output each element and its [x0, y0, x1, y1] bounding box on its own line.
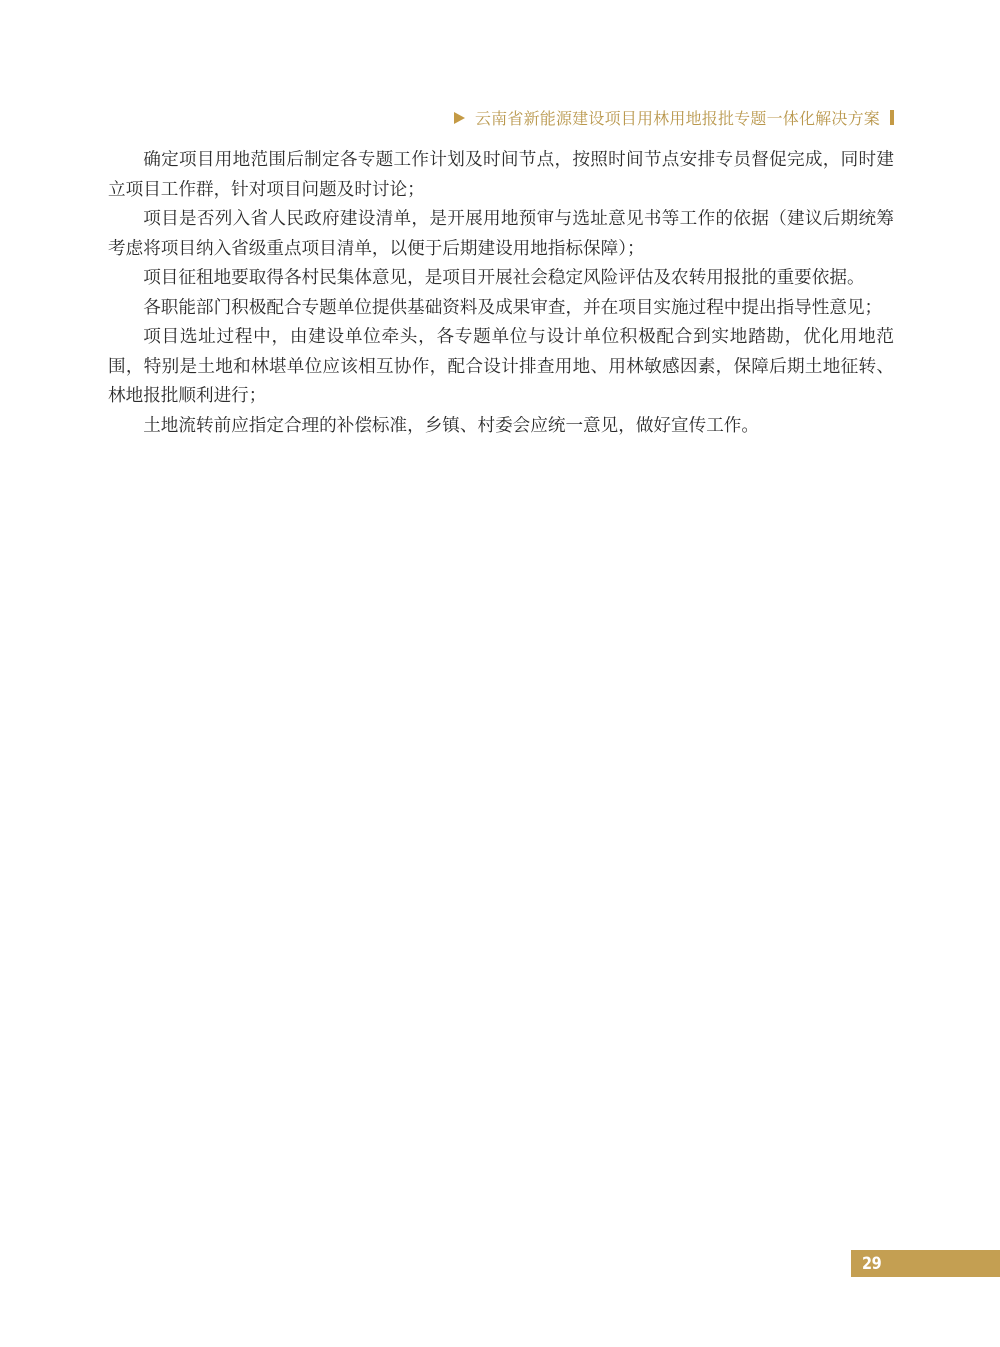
- paragraph: 各职能部门积极配合专题单位提供基础资料及成果审查，并在项目实施过程中提出指导性意…: [108, 294, 894, 324]
- body-text: 确定项目用地范围后制定各专题工作计划及时间节点，按照时间节点安排专员督促完成，同…: [108, 146, 894, 441]
- paragraph: 土地流转前应指定合理的补偿标准，乡镇、村委会应统一意见，做好宣传工作。: [108, 412, 894, 442]
- paragraph: 确定项目用地范围后制定各专题工作计划及时间节点，按照时间节点安排专员督促完成，同…: [108, 146, 894, 205]
- page-number-tab: 29: [851, 1250, 1000, 1277]
- page-number: 29: [862, 1254, 881, 1274]
- paragraph: 项目征租地要取得各村民集体意见，是项目开展社会稳定风险评估及农转用报批的重要依据…: [108, 264, 894, 294]
- triangle-marker-icon: [454, 112, 465, 124]
- paragraph: 项目选址过程中，由建设单位牵头，各专题单位与设计单位积极配合到实地踏勘，优化用地…: [108, 323, 894, 412]
- running-header: 云南省新能源建设项目用林用地报批专题一体化解决方案: [454, 106, 894, 129]
- paragraph: 项目是否列入省人民政府建设清单，是开展用地预审与选址意见书等工作的依据（建议后期…: [108, 205, 894, 264]
- bar-marker-icon: [890, 110, 894, 125]
- document-title: 云南省新能源建设项目用林用地报批专题一体化解决方案: [475, 106, 880, 129]
